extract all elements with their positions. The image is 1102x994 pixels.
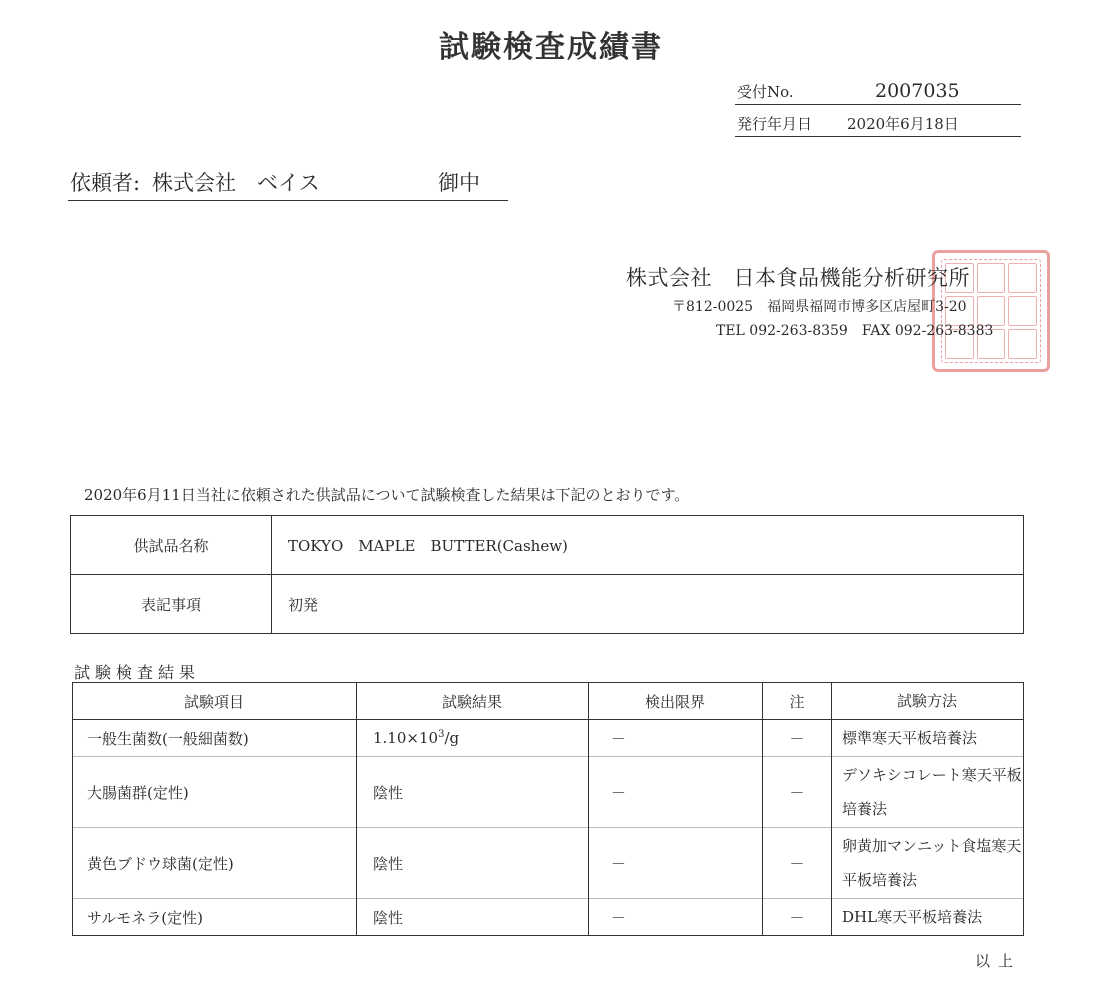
test-result: 陰性 [357, 757, 589, 828]
header-result: 試験結果 [357, 683, 589, 720]
table-row: 黄色ブドウ球菌(定性) 陰性 － － 卵黄加マンニット食塩寒天平板培養法 [73, 828, 1024, 899]
detection-limit: － [589, 720, 763, 757]
test-item: 一般生菌数(一般細菌数) [73, 720, 357, 757]
issue-date-label: 発行年月日 [737, 113, 812, 134]
header-test-item: 試験項目 [73, 683, 357, 720]
test-method: 卵黄加マンニット食塩寒天平板培養法 [832, 828, 1024, 899]
test-method: DHL寒天平板培養法 [832, 899, 1024, 936]
client-name: 株式会社 ベイス [152, 167, 320, 197]
issue-date-line: 発行年月日 2020年6月18日 [735, 112, 1021, 137]
lab-address: 〒812-0025 福岡県福岡市博多区店屋町3-20 [672, 296, 967, 316]
test-item: 黄色ブドウ球菌(定性) [73, 828, 357, 899]
sample-label: 表記事項 [71, 575, 272, 634]
sample-table: 供試品名称 TOKYO MAPLE BUTTER(Cashew) 表記事項 初発 [70, 515, 1024, 634]
issue-date: 2020年6月18日 [847, 113, 959, 134]
sample-value: TOKYO MAPLE BUTTER(Cashew) [272, 516, 1024, 575]
detection-limit: － [589, 757, 763, 828]
client-line: 依頼者: 株式会社 ベイス 御中 [68, 170, 508, 201]
sample-row: 表記事項 初発 [71, 575, 1024, 634]
header-method: 試験方法 [832, 683, 1024, 720]
table-row: 大腸菌群(定性) 陰性 － － デソキシコレート寒天平板培養法 [73, 757, 1024, 828]
closing-text: 以上 [975, 950, 1021, 971]
document-title: 試験検査成績書 [0, 22, 1102, 66]
test-item: 大腸菌群(定性) [73, 757, 357, 828]
note: － [763, 828, 832, 899]
results-table: 試験項目 試験結果 検出限界 注 試験方法 一般生菌数(一般細菌数) 1.10×… [72, 682, 1024, 936]
reception-number-line: 受付No. 2007035 [735, 80, 1021, 105]
test-method: 標準寒天平板培養法 [832, 720, 1024, 757]
header-note: 注 [763, 683, 832, 720]
intro-text: 2020年6月11日当社に依頼された供試品について試験検査した結果は下記のとおり… [84, 484, 689, 505]
header-detection-limit: 検出限界 [589, 683, 763, 720]
lab-name: 株式会社 日本食品機能分析研究所 [626, 262, 970, 292]
results-section-label: 試験検査結果 [74, 660, 200, 683]
detection-limit: － [589, 899, 763, 936]
table-row: 一般生菌数(一般細菌数) 1.10×103/g － － 標準寒天平板培養法 [73, 720, 1024, 757]
note: － [763, 720, 832, 757]
sample-label: 供試品名称 [71, 516, 272, 575]
test-result: 陰性 [357, 899, 589, 936]
lab-contact: TEL 092-263-8359 FAX 092-263-8383 [716, 320, 993, 340]
table-row: サルモネラ(定性) 陰性 － － DHL寒天平板培養法 [73, 899, 1024, 936]
test-item: サルモネラ(定性) [73, 899, 357, 936]
client-honorific: 御中 [438, 167, 480, 197]
note: － [763, 757, 832, 828]
client-label: 依頼者: [70, 167, 140, 197]
sample-row: 供試品名称 TOKYO MAPLE BUTTER(Cashew) [71, 516, 1024, 575]
reception-number-label: 受付No. [737, 81, 794, 102]
sample-value: 初発 [272, 575, 1024, 634]
reception-number: 2007035 [875, 80, 960, 102]
detection-limit: － [589, 828, 763, 899]
note: － [763, 899, 832, 936]
test-result: 1.10×103/g [357, 720, 589, 757]
test-method: デソキシコレート寒天平板培養法 [832, 757, 1024, 828]
results-header-row: 試験項目 試験結果 検出限界 注 試験方法 [73, 683, 1024, 720]
test-result: 陰性 [357, 828, 589, 899]
